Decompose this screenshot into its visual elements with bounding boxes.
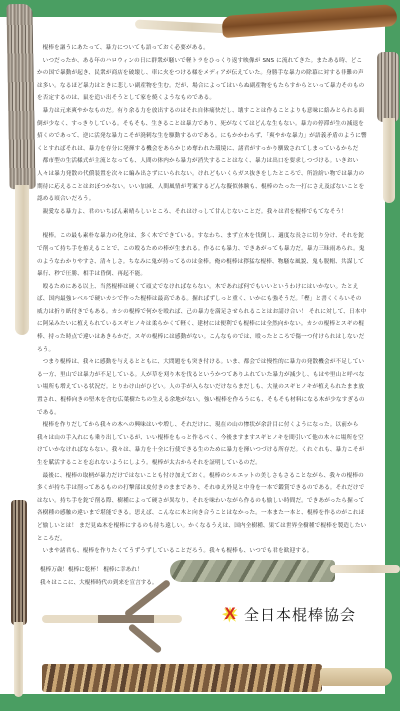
stick-bottom-left-bark — [11, 500, 27, 625]
organization-logo: X 全日本棍棒協会 — [222, 604, 356, 625]
stick-bottom-left-handle — [14, 622, 23, 697]
stick-top-left-handle — [15, 185, 29, 335]
paragraph: 暴力は元来爽やかなものだ。有り余る力を放出するのはそれ自体痛快だし、壊すことは作… — [37, 105, 367, 155]
cheer-line: 我々はここに、大棍棒時代の到来を宣言する。 — [40, 577, 157, 590]
manifesto-body: 棍棒を謳うにあたって、暴力についても語っておく必要がある。 いつだったか、ある年… — [37, 42, 367, 558]
paragraph: いまや諸君も、棍棒を作りたくてうずうずしていることだろう。我々も棍棒も、いつでも… — [37, 545, 367, 558]
x-burst-icon: X — [222, 607, 238, 623]
cheer-line: 棍棒万歳！棍棒に乾杯！ 棍棒に幸あれ！ — [40, 564, 157, 577]
paragraph: つまり棍棒は、我々に感動を与えるとともに、大問題をも突き付ける。いま、都会では慢… — [37, 356, 367, 419]
paragraph: 殴るためにある以上、当然棍棒は硬くて頑丈でなければならない。木であれば何でもいい… — [37, 281, 367, 357]
stick-bottom-camo — [42, 664, 322, 692]
paragraph: 都市型の生活様式が主流となっても、人間の体内から暴力が消失することはなく、暴力は… — [37, 155, 367, 205]
paragraph: 最後に、棍棒の取柄が暴力だけではないことも付け加えておく。棍棒のシルエットの美し… — [37, 470, 367, 546]
paragraph: 棍棒を作りだしてから我々の木への興味はいや増し、それだけに、現在の山の惨状が余計… — [37, 419, 367, 469]
closing-cheers: 棍棒万歳！棍棒に乾杯！ 棍棒に幸あれ！ 我々はここに、大棍棒時代の到来を宣言する… — [40, 564, 157, 589]
stick-top-left-bark — [6, 4, 35, 189]
stick-right-handle — [383, 118, 395, 203]
paragraph: 棍棒。この最も素朴な暴力の化身は、多く木でできている。すなわち、まず立木を伐倒し… — [37, 230, 367, 280]
stick-spiral — [170, 560, 335, 582]
paragraph: いつだったか、ある年のハロウィンの日に群衆が騒いで軽トラをひっくり返す映像が S… — [37, 55, 367, 105]
stick-bottom-handle — [320, 668, 392, 686]
organization-name: 全日本棍棒協会 — [244, 604, 356, 625]
stick-right-bark — [377, 52, 399, 122]
stick-forked — [42, 615, 182, 623]
stick-spiral-tip — [330, 565, 400, 573]
paragraph: 棍棒を謳うにあたって、暴力についても語っておく必要がある。 — [37, 42, 367, 55]
paragraph: 親愛なる暴力よ、君のいちばん素晴らしいところ、それはけっして甘んじないことだ。我… — [37, 206, 367, 219]
